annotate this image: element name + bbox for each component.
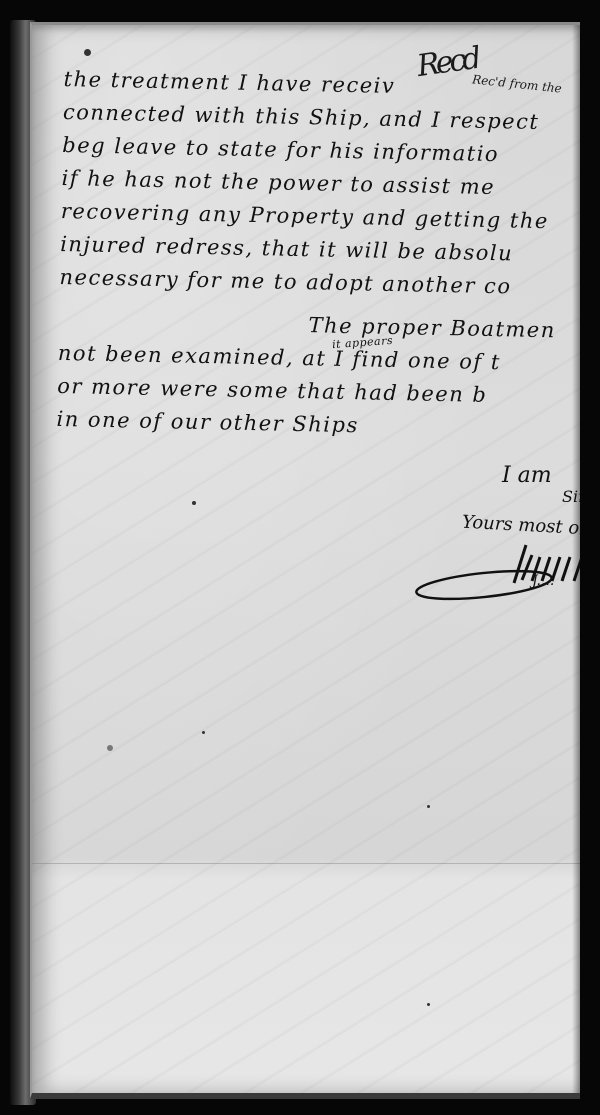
ink-spot bbox=[427, 805, 430, 808]
closing-line-2: Sir bbox=[562, 487, 580, 506]
closing-line-1: I am bbox=[502, 463, 552, 488]
signature-flourish bbox=[414, 535, 580, 615]
letter-page: Recd Rec'd from the the treatment I have… bbox=[30, 22, 580, 1099]
letter-body: the treatment I have receiv connected wi… bbox=[56, 63, 580, 448]
ink-spot bbox=[427, 1003, 430, 1006]
ink-spot bbox=[84, 49, 91, 56]
fold-line bbox=[32, 863, 580, 864]
document-scan: Recd Rec'd from the the treatment I have… bbox=[0, 0, 600, 1115]
ink-spot bbox=[107, 745, 113, 751]
ink-spot bbox=[192, 501, 196, 505]
ink-spot bbox=[202, 731, 205, 734]
signature-text: J.... bbox=[532, 573, 554, 589]
